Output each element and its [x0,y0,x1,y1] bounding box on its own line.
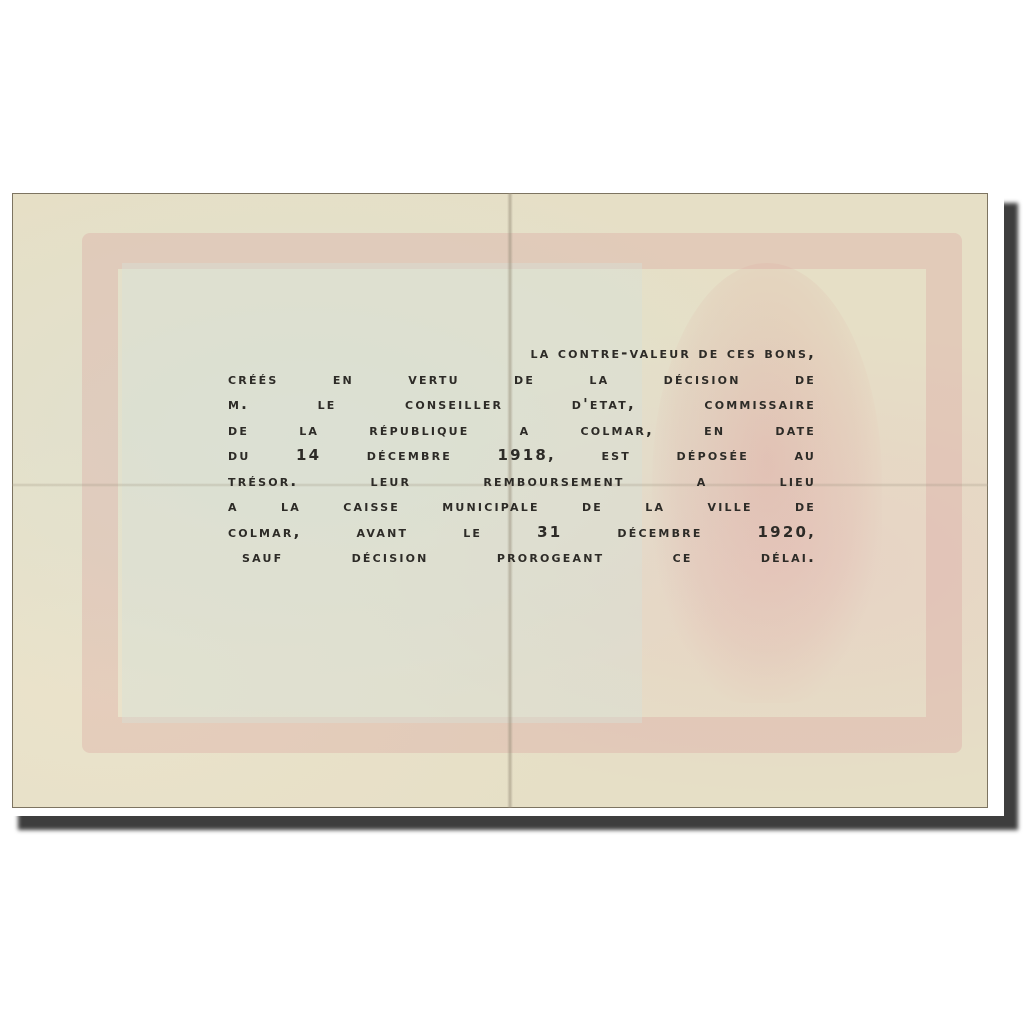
text-line: du 14 Décembre 1918, est déposée au [228,443,816,469]
banknote: La contre-valeur de ces bons, Créés en v… [12,193,988,808]
redemption-text: La contre-valeur de ces bons, Créés en v… [228,341,816,571]
text-line: M. Le Conseiller d'Etat, Commissaire [228,392,816,418]
text-line: a la Caisse Municipale de la Ville de [228,494,816,520]
text-line: Trésor. Leur remboursement a lieu [228,469,816,495]
text-line: Créés en vertu de la décision de [228,367,816,393]
text-line: sauf décision prorogeant ce délai. [228,545,816,571]
text-line: Colmar, avant le 31 Décembre 1920, [228,520,816,546]
text-line: La contre-valeur de ces bons, [228,341,816,367]
text-line: de la République a Colmar, en Date [228,418,816,444]
